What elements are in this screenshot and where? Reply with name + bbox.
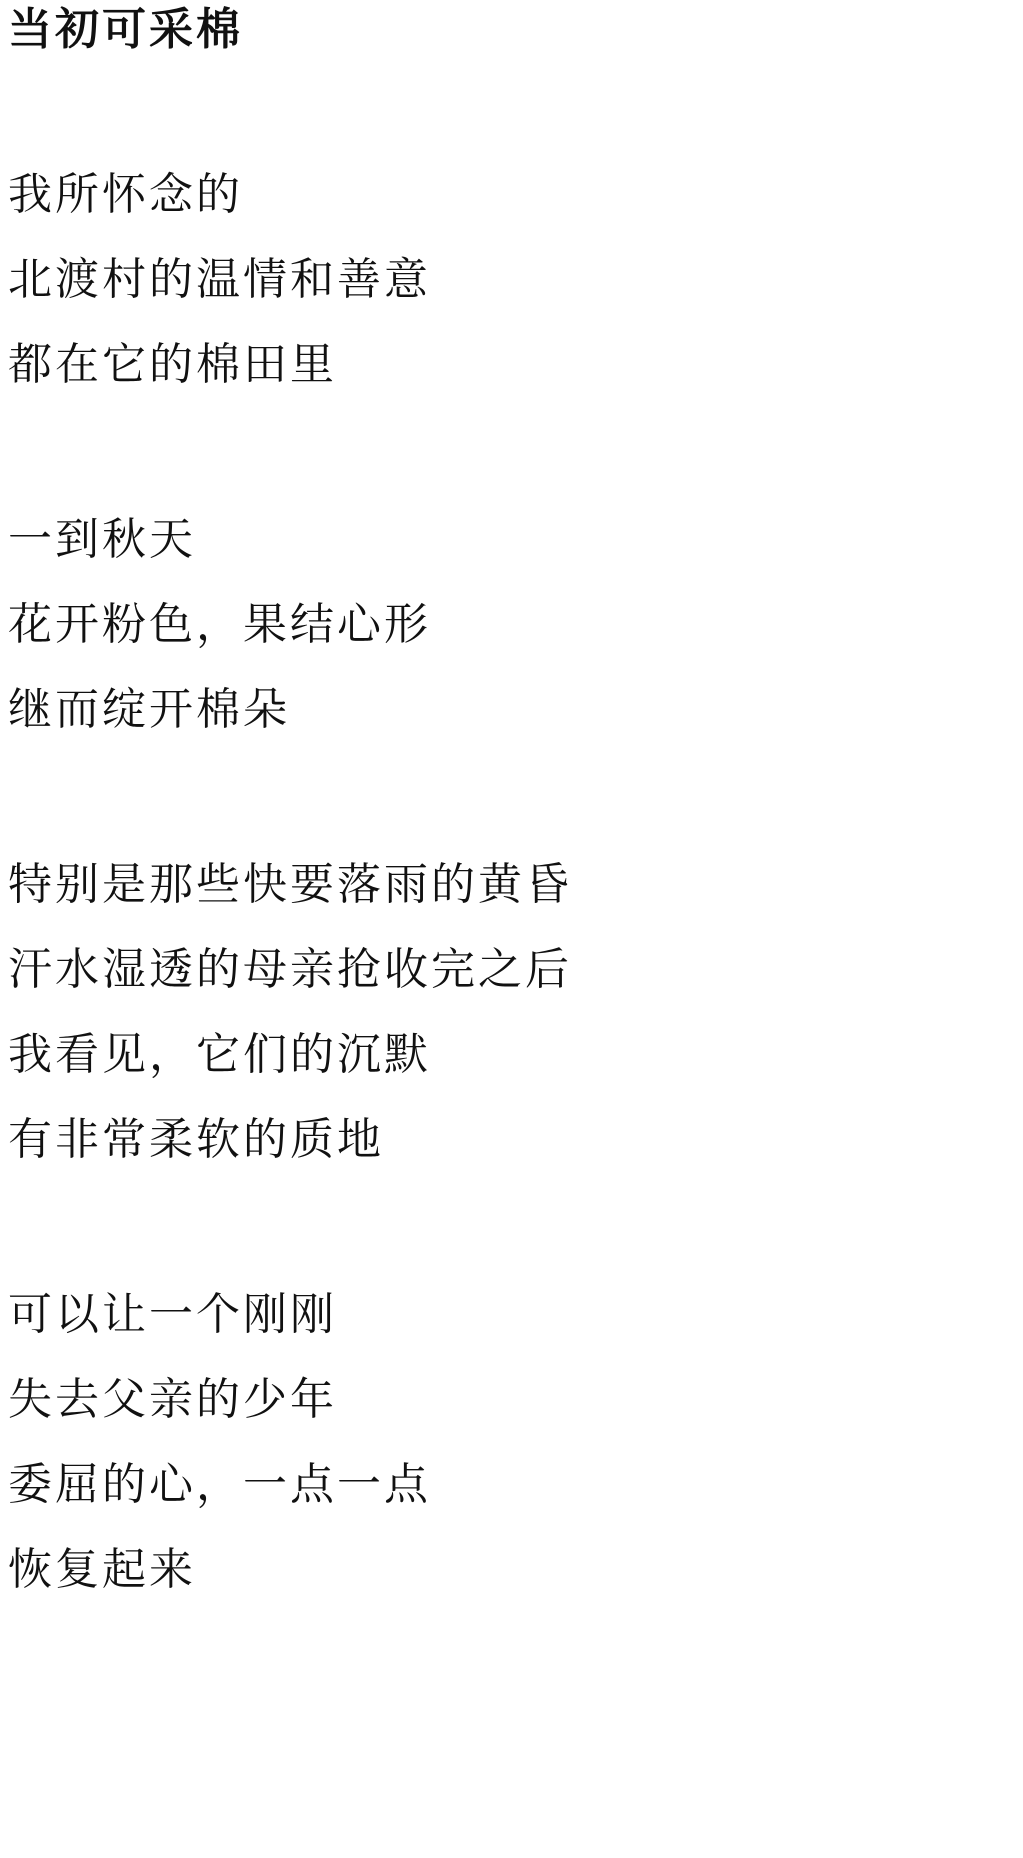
poem-stanza-2: 一到秋天 花开粉色，果结心形 继而绽开棉朵 — [8, 497, 1007, 752]
poem-line: 继而绽开棉朵 — [8, 667, 1007, 752]
poem-stanza-4: 可以让一个刚刚 失去父亲的少年 委屈的心，一点一点 恢复起来 — [8, 1272, 1007, 1612]
poem-line: 都在它的棉田里 — [8, 322, 1007, 407]
poem-title: 当初可采棉 — [8, 0, 1007, 60]
poem-line: 北渡村的温情和善意 — [8, 237, 1007, 322]
title-gap — [8, 60, 1007, 152]
stanza-gap — [8, 752, 1007, 842]
poem-line: 我看见，它们的沉默 — [8, 1012, 1007, 1097]
poem-line: 委屈的心，一点一点 — [8, 1442, 1007, 1527]
stanza-gap — [8, 407, 1007, 497]
poem-line: 汗水湿透的母亲抢收完之后 — [8, 927, 1007, 1012]
poem-line: 失去父亲的少年 — [8, 1357, 1007, 1442]
poem-line: 可以让一个刚刚 — [8, 1272, 1007, 1357]
poem-stanza-1: 我所怀念的 北渡村的温情和善意 都在它的棉田里 — [8, 152, 1007, 407]
poem-page: 当初可采棉 我所怀念的 北渡村的温情和善意 都在它的棉田里 一到秋天 花开粉色，… — [0, 0, 1023, 1612]
poem-line: 特别是那些快要落雨的黄昏 — [8, 842, 1007, 927]
poem-line: 有非常柔软的质地 — [8, 1097, 1007, 1182]
stanza-gap — [8, 1182, 1007, 1272]
poem-line: 我所怀念的 — [8, 152, 1007, 237]
poem-stanza-3: 特别是那些快要落雨的黄昏 汗水湿透的母亲抢收完之后 我看见，它们的沉默 有非常柔… — [8, 842, 1007, 1182]
poem-line: 恢复起来 — [8, 1527, 1007, 1612]
poem-line: 一到秋天 — [8, 497, 1007, 582]
poem-line: 花开粉色，果结心形 — [8, 582, 1007, 667]
